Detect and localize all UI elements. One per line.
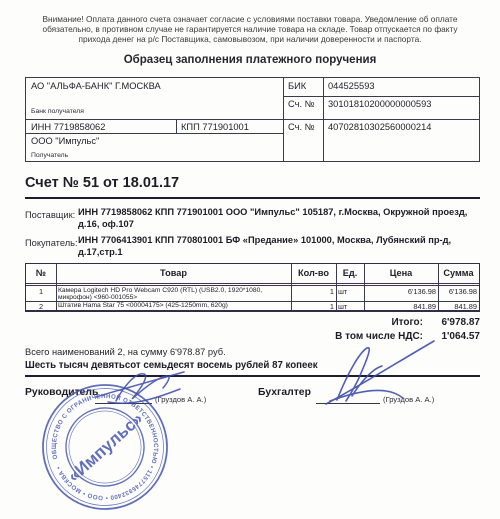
bik-value: 044525593 [328, 81, 375, 91]
payment-notice-line-3: прихода денег на р/с Поставщика, самовыв… [35, 34, 465, 44]
bik-label: БИК [288, 81, 306, 91]
recipient-bank-name: АО "АЛЬФА-БАНК" Г.МОСКВА [31, 81, 161, 91]
item-unit: шт [338, 287, 347, 296]
bank-table-divider [26, 133, 283, 134]
buyer-value: ИНН 7706413901 КПП 770801001 БФ «Предани… [78, 234, 480, 259]
col-header-sum: Сумма [438, 268, 479, 278]
item-sum: 6'136.98 [438, 287, 477, 296]
bank-table-divider [26, 119, 479, 120]
item-price: 6'136.98 [364, 287, 436, 296]
col-header-unit: Ед. [336, 268, 364, 278]
stamp-ring-text: ОБЩЕСТВО С ОГРАНИЧЕННОЙ ОТВЕТСТВЕННОСТЬЮ… [39, 381, 170, 512]
bank-table-divider [176, 119, 177, 133]
director-signature-line [95, 403, 152, 404]
item-num: 2 [26, 302, 56, 311]
col-header-num: № [26, 268, 56, 278]
recipient-kpp: КПП 771901001 [181, 122, 249, 132]
director-name: (Груздов А. А.) [155, 395, 206, 404]
items-table: № Товар Кол-во Ед. Цена Сумма 1 Камера L… [25, 263, 480, 312]
recipient-name: ООО "Импульс" [31, 136, 99, 146]
item-qty: 1 [291, 302, 334, 311]
payment-notice-line-1: Внимание! Оплата данного счета означает … [35, 14, 465, 24]
account-label: Сч. № [288, 122, 315, 132]
recipient-inn: ИНН 7719858062 [31, 122, 105, 132]
horizontal-rule [25, 375, 480, 377]
supplier-value: ИНН 7719858062 КПП 771901001 ООО "Импуль… [78, 206, 480, 231]
accountant-signature-line [316, 403, 380, 404]
col-header-qty: Кол-во [291, 268, 336, 278]
recipient-bank-label: Банк получателя [31, 108, 84, 115]
items-table-header-rule [26, 283, 479, 284]
supplier-label: Поставщик: [25, 210, 75, 220]
sample-payment-order-title: Образец заполнения платежного поручения [0, 54, 500, 66]
director-label: Руководитель [25, 387, 98, 398]
invoice-document: Внимание! Оплата данного счета означает … [0, 0, 500, 519]
recipient-label: Получатель [31, 152, 68, 159]
payment-notice-line-2: обязательно, в противном случае не гаран… [35, 24, 465, 34]
accountant-label: Бухгалтер [258, 387, 311, 398]
col-header-item: Товар [56, 268, 291, 278]
horizontal-rule [25, 197, 480, 199]
stamp-center-text: «Импульс» [64, 409, 147, 486]
item-name: Камера Logitech HD Pro Webcam C920 (RTL)… [58, 287, 286, 303]
accountant-name: (Груздов А. А.) [383, 395, 434, 404]
vat-value: 1'064.57 [390, 331, 480, 342]
item-num: 1 [26, 287, 56, 296]
bank-table-divider [283, 96, 479, 97]
total-value: 6'978.87 [390, 317, 480, 328]
item-qty: 1 [291, 287, 334, 296]
buyer-label: Покупатель: [25, 238, 78, 248]
invoice-title: Счет № 51 от 18.01.17 [25, 175, 179, 191]
bank-requisites-table: АО "АЛЬФА-БАНК" Г.МОСКВА Банк получателя… [25, 77, 480, 162]
corr-account-label: Сч. № [288, 99, 315, 109]
corr-account-value: 30101810200000000593 [328, 99, 431, 109]
items-count-line: Всего наименований 2, на сумму 6'978.87 … [25, 347, 226, 357]
amount-in-words: Шесть тысяч девятьсот семьдесят восемь р… [25, 360, 318, 371]
account-value: 40702810302560000214 [328, 122, 431, 132]
item-sum: 841.89 [438, 302, 477, 311]
item-name: Штатив Hama Star 75 <00004175> (425-1250… [58, 302, 286, 310]
item-price: 841.89 [364, 302, 436, 311]
item-unit: шт [338, 302, 347, 311]
col-header-price: Цена [364, 268, 438, 278]
